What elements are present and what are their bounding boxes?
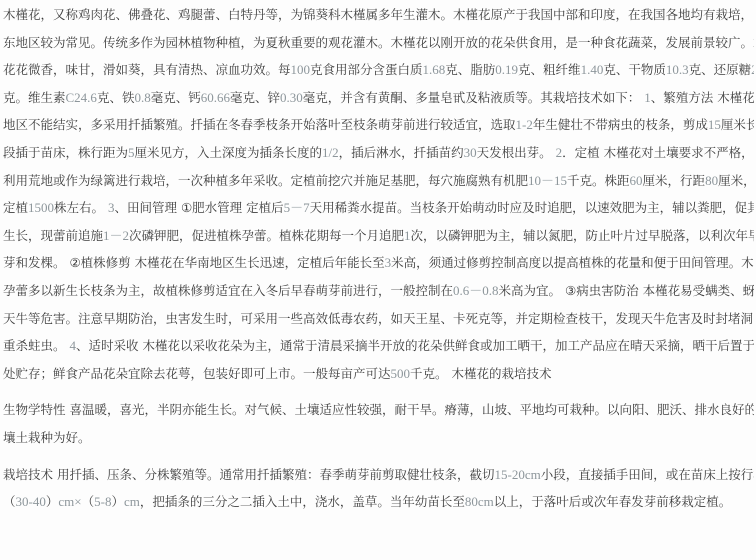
text-line: 栽培技术 用扦插、压条、分株繁殖等。通常用扦插繁殖：春季萌芽前剪取健壮枝条，截切… [3,461,754,489]
text-line: （30-40）cm×（5-8）cm，把插条的三分之二插入土中，浇水，盖草。当年幼… [3,488,754,516]
text-line: 利用荒地或作为绿篱进行栽培，一次种植多年采收。定植前挖穴并施足基肥，每穴施腐熟有… [3,167,754,195]
text-line: 段插于苗床，株行距为5厘米见方，入土深度为插条长度的1/2，插后淋水，扦插苗约3… [3,139,754,167]
text-line: 生物学特性 喜温暖，喜光，半阴亦能生长。对气候、土壤适应性较强，耐干旱。瘠薄，山… [3,396,754,424]
document-page: 木槿花，又称鸡肉花、佛叠花、鸡腿蕾、白特丹等，为锦葵科木槿属多年生灌木。木槿花原… [0,0,756,560]
text-line: 重杀蛀虫。 4、适时采收 木槿花以采收花朵为主，通常于清晨采摘半开放的花朵供鲜食… [3,332,754,360]
paragraph-intro-and-cultivation: 木槿花，又称鸡肉花、佛叠花、鸡腿蕾、白特丹等，为锦葵科木槿属多年生灌木。木槿花原… [3,1,754,387]
paragraph-biological-characteristics: 生物学特性 喜温暖，喜光，半阴亦能生长。对气候、土壤适应性较强，耐干旱。瘠薄，山… [3,396,754,451]
text-line: 克。维生素C24.6克、铁0.8毫克、钙60.66毫克、锌0.30毫克，并含有黄… [3,84,754,112]
text-line: 花花微香，味甘，滑如葵，具有清热、凉血功效。每100克食用部分含蛋白质1.68克… [3,56,754,84]
text-line: 壤土栽种为好。 [3,424,754,452]
text-line: 木槿花，又称鸡肉花、佛叠花、鸡腿蕾、白特丹等，为锦葵科木槿属多年生灌木。木槿花原… [3,1,754,29]
text-line: 地区不能结实，多采用扦插繁殖。扦插在冬春季枝条开始落叶至枝条萌芽前进行较适宜，选… [3,111,754,139]
text-line: 天牛等危害。注意早期防治，虫害发生时，可采用一些高效低毒农药，如天王星、卡死克等… [3,305,754,333]
text-line: 孕蕾多以新生长枝条为主，故植株修剪适宜在入冬后早春萌芽前进行，一般控制在0.6－… [3,277,754,305]
text-line: 芽和发棵。 ②植株修剪 木槿花在华南地区生长迅速，定植后年能长至3米高，须通过修… [3,249,754,277]
text-line: 处贮存；鲜食产品花朵宜除去花萼，包装好即可上市。一般每亩产可达500千克。 木槿… [3,360,754,388]
text-line: 定植1500株左右。 3、田间管理 ①肥水管理 定植后5－7天用稀粪水提苗。当枝… [3,194,754,222]
paragraph-cultivation-technique: 栽培技术 用扦插、压条、分株繁殖等。通常用扦插繁殖：春季萌芽前剪取健壮枝条，截切… [3,461,754,516]
text-line: 生长，现蕾前追施1－2次磷钾肥，促进植株孕蕾。植株花期每一个月追肥1次，以磷钾肥… [3,222,754,250]
text-line: 东地区较为常见。传统多作为园林植物种植，为夏秋重要的观花灌木。木槿花以刚开放的花… [3,29,754,57]
